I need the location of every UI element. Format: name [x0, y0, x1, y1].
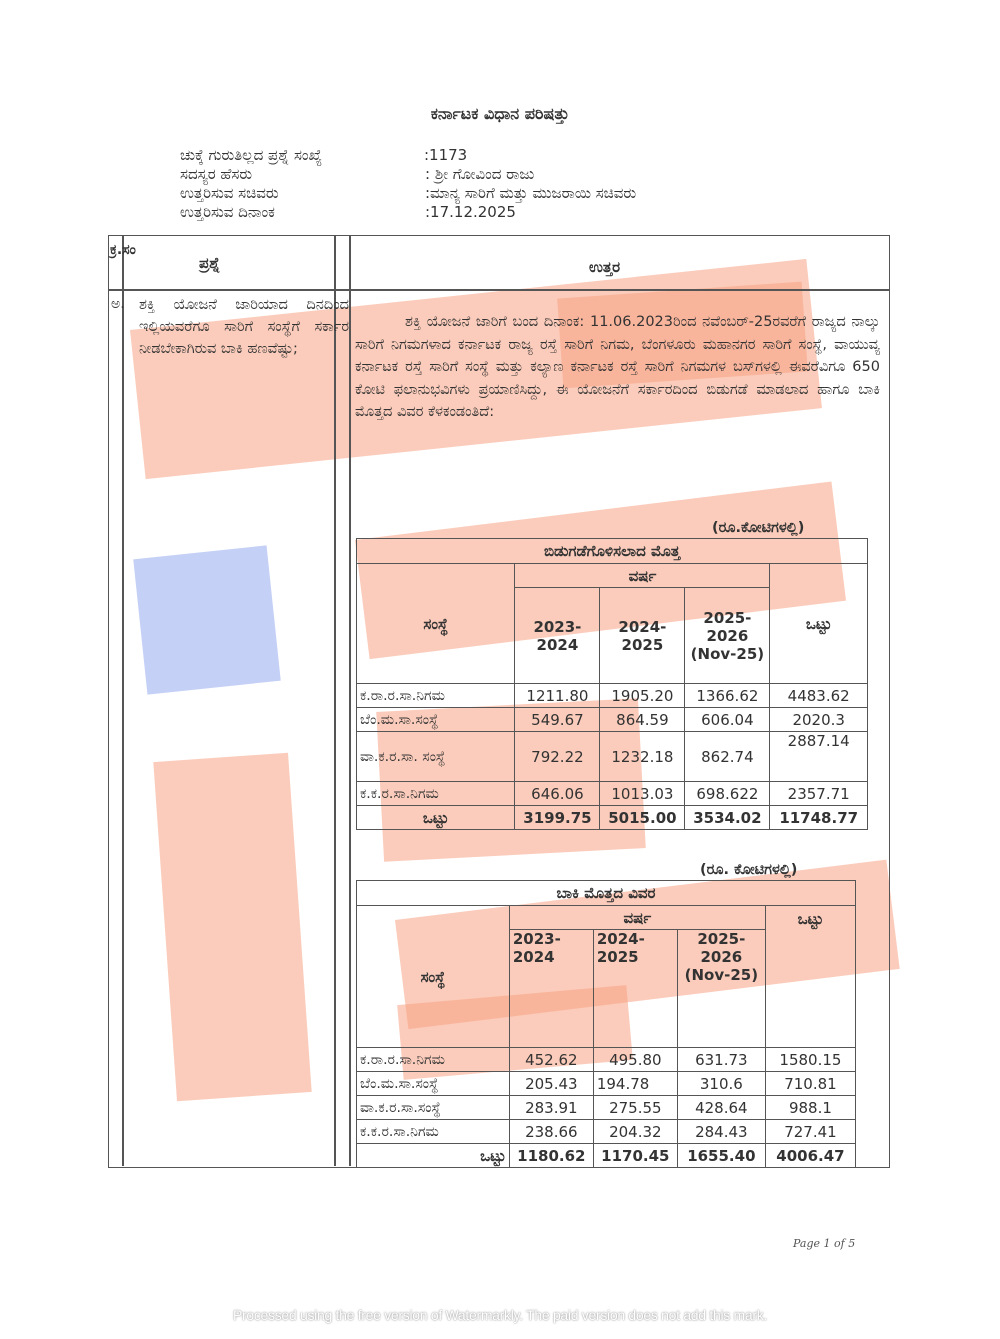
value-cell: 1211.80 [515, 684, 600, 708]
column-divider [349, 236, 351, 1166]
released-amount-table: ಬಿಡುಗಡೆಗೊಳಿಸಲಾದ ಮೊತ್ತ ಸಂಸ್ಥೆ ವರ್ಷ ಒಟ್ಟು … [356, 538, 868, 830]
meta-label: ಸದಸ್ಯರ ಹೆಸರು [180, 165, 425, 184]
meta-row-answer-date: ಉತ್ತರಿಸುವ ದಿನಾಂಕ :17.12.2025 [180, 203, 636, 222]
document-page: ಕರ್ನಾಟಕ ವಿಧಾನ ಪರಿಷತ್ತು ಚುಕ್ಕೆ ಗುರುತಿಲ್ಲದ… [0, 0, 1000, 1339]
total-cell: 2887.14 [770, 732, 868, 782]
question-text: ಶಕ್ತಿ ಯೋಜನೆ ಜಾರಿಯಾದ ದಿನದಿಂದ ಇಲ್ಲಿಯವರೆಗೂ … [139, 294, 349, 360]
header-serial-number: ಕ್ರ.ಸಂ [110, 242, 140, 259]
value-cell: 606.04 [685, 708, 770, 732]
column-header-year-3: 2025-2026 (Nov-25) [685, 588, 770, 684]
question-metadata: ಚುಕ್ಕೆ ಗುರುತಿಲ್ಲದ ಪ್ರಶ್ನೆ ಸಂಖ್ಯೆ :1173 ಸ… [180, 146, 636, 222]
document-title: ಕರ್ನಾಟಕ ವಿಧಾನ ಪರಿಷತ್ತು [0, 104, 1000, 124]
value-cell: 1366.62 [685, 684, 770, 708]
value-cell: 284.43 [677, 1120, 765, 1144]
total-cell: 4483.62 [770, 684, 868, 708]
total-cell: 710.81 [765, 1072, 855, 1096]
total-cell: 727.41 [765, 1120, 855, 1144]
value-cell: 204.32 [593, 1120, 677, 1144]
total-cell: 988.1 [765, 1096, 855, 1120]
value-cell: 862.74 [685, 732, 770, 782]
header-question: ಪ್ರಶ್ನೆ [199, 254, 220, 272]
organization-name: ಕ.ಕ.ರ.ಸಾ.ನಿಗಮ [357, 782, 515, 806]
header-divider [109, 289, 889, 291]
table-row: ವಾ.ಕ.ರ.ಸಾ. ಸಂಸ್ಥೆ 792.22 1232.18 862.74 … [357, 732, 868, 782]
column-divider [122, 236, 124, 1166]
total-value-cell: 1655.40 [677, 1144, 765, 1168]
header-answer: ಉತ್ತರ [589, 258, 620, 276]
table-row: ಕ.ರಾ.ರ.ಸಾ.ನಿಗಮ 1211.80 1905.20 1366.62 4… [357, 684, 868, 708]
grand-total-cell: 4006.47 [765, 1144, 855, 1168]
organization-name: ಕ.ರಾ.ರ.ಸಾ.ನಿಗಮ [357, 1048, 510, 1072]
meta-row-minister: ಉತ್ತರಿಸುವ ಸಚಿವರು :ಮಾನ್ಯ ಸಾರಿಗೆ ಮತ್ತು ಮುಜ… [180, 184, 636, 203]
organization-name: ವಾ.ಕ.ರ.ಸಾ.ಸಂಸ್ಥೆ [357, 1096, 510, 1120]
value-cell: 792.22 [515, 732, 600, 782]
answer-text: ಶಕ್ತಿ ಯೋಜನೆ ಜಾರಿಗೆ ಬಂದ ದಿನಾಂಕ: 11.06.202… [355, 311, 880, 424]
column-header-total: ಒಟ್ಟು [765, 906, 855, 1048]
value-cell: 646.06 [515, 782, 600, 806]
value-cell: 310.6 [677, 1072, 765, 1096]
table-caption: ಬಾಕಿ ಮೊತ್ತದ ವಿವರ [357, 881, 856, 906]
total-row: ಒಟ್ಟು 1180.62 1170.45 1655.40 4006.47 [357, 1144, 856, 1168]
value-cell: 428.64 [677, 1096, 765, 1120]
total-value-cell: 3199.75 [515, 806, 600, 830]
value-cell: 864.59 [600, 708, 685, 732]
meta-label: ಚುಕ್ಕೆ ಗುರುತಿಲ್ಲದ ಪ್ರಶ್ನೆ ಸಂಖ್ಯೆ [180, 146, 425, 165]
column-divider [334, 236, 336, 1166]
watermark-text: Processed using the free version of Wate… [0, 1307, 1000, 1323]
organization-name: ಕ.ಕ.ರ.ಸಾ.ನಿಗಮ [357, 1120, 510, 1144]
value-cell: 238.66 [509, 1120, 593, 1144]
organization-name: ಕ.ರಾ.ರ.ಸಾ.ನಿಗಮ [357, 684, 515, 708]
total-value-cell: 1170.45 [593, 1144, 677, 1168]
value-cell: 1905.20 [600, 684, 685, 708]
column-header-year: ವರ್ಷ [515, 564, 770, 588]
value-cell: 194.78 [593, 1072, 677, 1096]
total-value-cell: 5015.00 [600, 806, 685, 830]
total-label: ಒಟ್ಟು [357, 806, 515, 830]
organization-name: ಬೆಂ.ಮ.ಸಾ.ಸಂಸ್ಥೆ [357, 1072, 510, 1096]
page-number: Page 1 of 5 [793, 1237, 855, 1250]
column-header-year-1: 2023-2024 [509, 930, 593, 1048]
organization-name: ವಾ.ಕ.ರ.ಸಾ. ಸಂಸ್ಥೆ [357, 732, 515, 782]
unit-label: (ರೂ.ಕೋಟಿಗಳಲ್ಲಿ) [712, 520, 804, 536]
table-row: ಕ.ರಾ.ರ.ಸಾ.ನಿಗಮ 452.62 495.80 631.73 1580… [357, 1048, 856, 1072]
total-value-cell: 3534.02 [685, 806, 770, 830]
unit-label: (ರೂ. ಕೋಟಿಗಳಲ್ಲಿ) [700, 862, 797, 878]
total-value-cell: 1180.62 [509, 1144, 593, 1168]
value-cell: 1013.03 [600, 782, 685, 806]
meta-row-member-name: ಸದಸ್ಯರ ಹೆಸರು : ಶ್ರೀ ಗೋವಿಂದ ರಾಜು [180, 165, 636, 184]
table-row: ಕ.ಕ.ರ.ಸಾ.ನಿಗಮ 238.66 204.32 284.43 727.4… [357, 1120, 856, 1144]
value-cell: 495.80 [593, 1048, 677, 1072]
column-header-year-3: 2025-2026 (Nov-25) [677, 930, 765, 1048]
column-header-year-2: 2024-2025 [593, 930, 677, 1048]
table-row: ಬೆಂ.ಮ.ಸಾ.ಸಂಸ್ಥೆ 205.43 194.78 310.6 710.… [357, 1072, 856, 1096]
value-cell: 698.622 [685, 782, 770, 806]
total-cell: 2020.3 [770, 708, 868, 732]
table-row: ವಾ.ಕ.ರ.ಸಾ.ಸಂಸ್ಥೆ 283.91 275.55 428.64 98… [357, 1096, 856, 1120]
column-header-organization: ಸಂಸ್ಥೆ [357, 906, 510, 1048]
meta-value: :1173 [424, 146, 467, 165]
value-cell: 452.62 [509, 1048, 593, 1072]
pending-amount-table: ಬಾಕಿ ಮೊತ್ತದ ವಿವರ ಸಂಸ್ಥೆ ವರ್ಷ ಒಟ್ಟು 2023-… [356, 880, 856, 1168]
table-row: ಬೆಂ.ಮ.ಸಾ.ಸಂಸ್ಥೆ 549.67 864.59 606.04 202… [357, 708, 868, 732]
total-label: ಒಟ್ಟು [357, 1144, 510, 1168]
value-cell: 205.43 [509, 1072, 593, 1096]
meta-row-question-number: ಚುಕ್ಕೆ ಗುರುತಿಲ್ಲದ ಪ್ರಶ್ನೆ ಸಂಖ್ಯೆ :1173 [180, 146, 636, 165]
row-serial: ಅ. [111, 296, 125, 313]
value-cell: 283.91 [509, 1096, 593, 1120]
column-header-total: ಒಟ್ಟು [770, 564, 868, 684]
column-header-year-2: 2024-2025 [600, 588, 685, 684]
organization-name: ಬೆಂ.ಮ.ಸಾ.ಸಂಸ್ಥೆ [357, 708, 515, 732]
grand-total-cell: 11748.77 [770, 806, 868, 830]
meta-value: :17.12.2025 [425, 203, 516, 222]
column-header-year-1: 2023-2024 [515, 588, 600, 684]
value-cell: 549.67 [515, 708, 600, 732]
meta-value: : ಶ್ರೀ ಗೋವಿಂದ ರಾಜು [425, 165, 534, 184]
column-header-organization: ಸಂಸ್ಥೆ [357, 564, 515, 684]
value-cell: 275.55 [593, 1096, 677, 1120]
meta-label: ಉತ್ತರಿಸುವ ದಿನಾಂಕ [180, 203, 425, 222]
value-cell: 1232.18 [600, 732, 685, 782]
table-caption: ಬಿಡುಗಡೆಗೊಳಿಸಲಾದ ಮೊತ್ತ [357, 539, 868, 564]
table-row: ಕ.ಕ.ರ.ಸಾ.ನಿಗಮ 646.06 1013.03 698.622 235… [357, 782, 868, 806]
meta-label: ಉತ್ತರಿಸುವ ಸಚಿವರು [180, 184, 425, 203]
value-cell: 631.73 [677, 1048, 765, 1072]
total-cell: 1580.15 [765, 1048, 855, 1072]
total-cell: 2357.71 [770, 782, 868, 806]
meta-value: :ಮಾನ್ಯ ಸಾರಿಗೆ ಮತ್ತು ಮುಜರಾಯಿ ಸಚಿವರು [425, 184, 636, 203]
total-row: ಒಟ್ಟು 3199.75 5015.00 3534.02 11748.77 [357, 806, 868, 830]
column-header-year: ವರ್ಷ [509, 906, 765, 930]
